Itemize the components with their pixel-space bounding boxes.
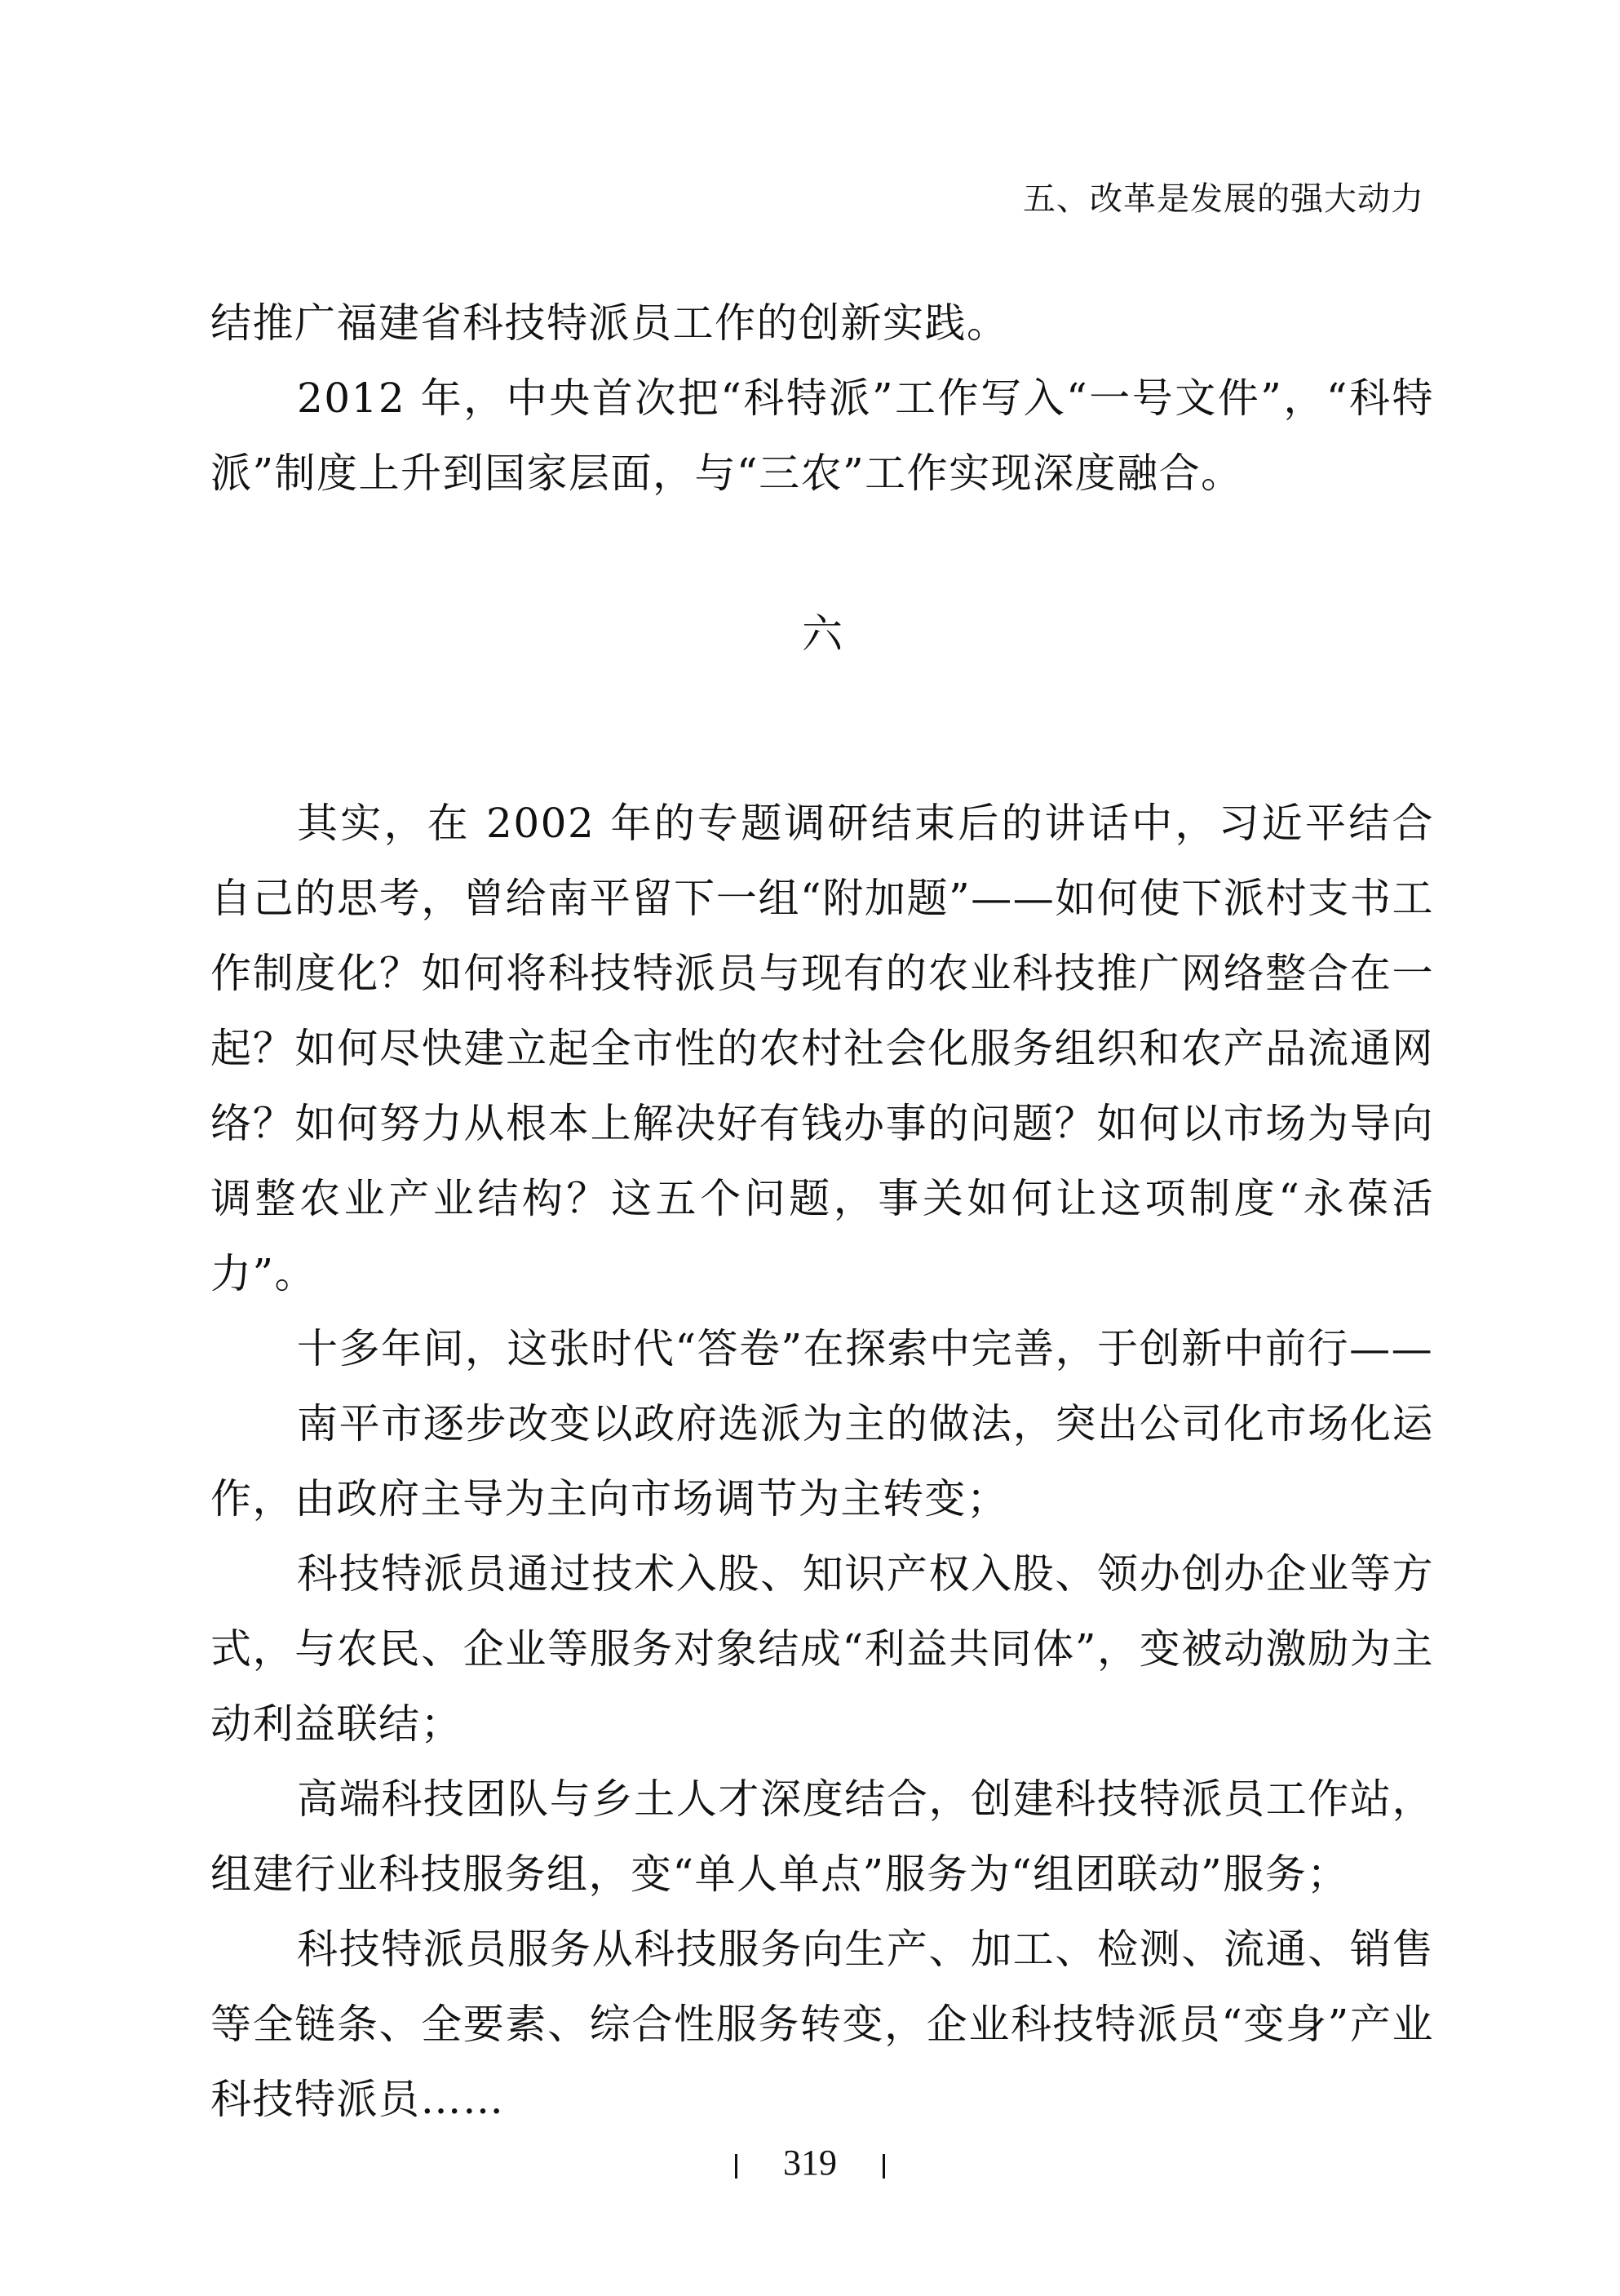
page-footer: 319 bbox=[0, 2142, 1620, 2183]
running-header: 五、改革是发展的强大动力 bbox=[1023, 173, 1424, 219]
paragraph: 2012 年，中央首次把“科特派”工作写入“一号文件”，“科特派”制度上升到国家… bbox=[210, 361, 1434, 511]
page-number: 319 bbox=[783, 2143, 837, 2183]
paragraph: 南平市逐步改变以政府选派为主的做法，突出公司化市场化运作，由政府主导为主向市场调… bbox=[210, 1386, 1434, 1536]
page-number-left-rule bbox=[735, 2154, 737, 2179]
page-number-right-rule bbox=[883, 2154, 885, 2179]
paragraph: 结推广福建省科技特派员工作的创新实践。 bbox=[210, 286, 1434, 361]
paragraph: 科技特派员服务从科技服务向生产、加工、检测、流通、销售等全链条、全要素、综合性服… bbox=[210, 1912, 1434, 2137]
section-heading: 六 bbox=[210, 596, 1434, 672]
paragraph: 其实，在 2002 年的专题调研结束后的讲话中，习近平结合自己的思考，曾给南平留… bbox=[210, 786, 1434, 1311]
paragraph: 科技特派员通过技术入股、知识产权入股、领办创办企业等方式，与农民、企业等服务对象… bbox=[210, 1536, 1434, 1762]
page-body: 结推广福建省科技特派员工作的创新实践。 2012 年，中央首次把“科特派”工作写… bbox=[210, 286, 1434, 2137]
paragraph: 十多年间，这张时代“答卷”在探索中完善，于创新中前行—— bbox=[210, 1311, 1434, 1386]
paragraph: 高端科技团队与乡土人才深度结合，创建科技特派员工作站，组建行业科技服务组，变“单… bbox=[210, 1762, 1434, 1912]
